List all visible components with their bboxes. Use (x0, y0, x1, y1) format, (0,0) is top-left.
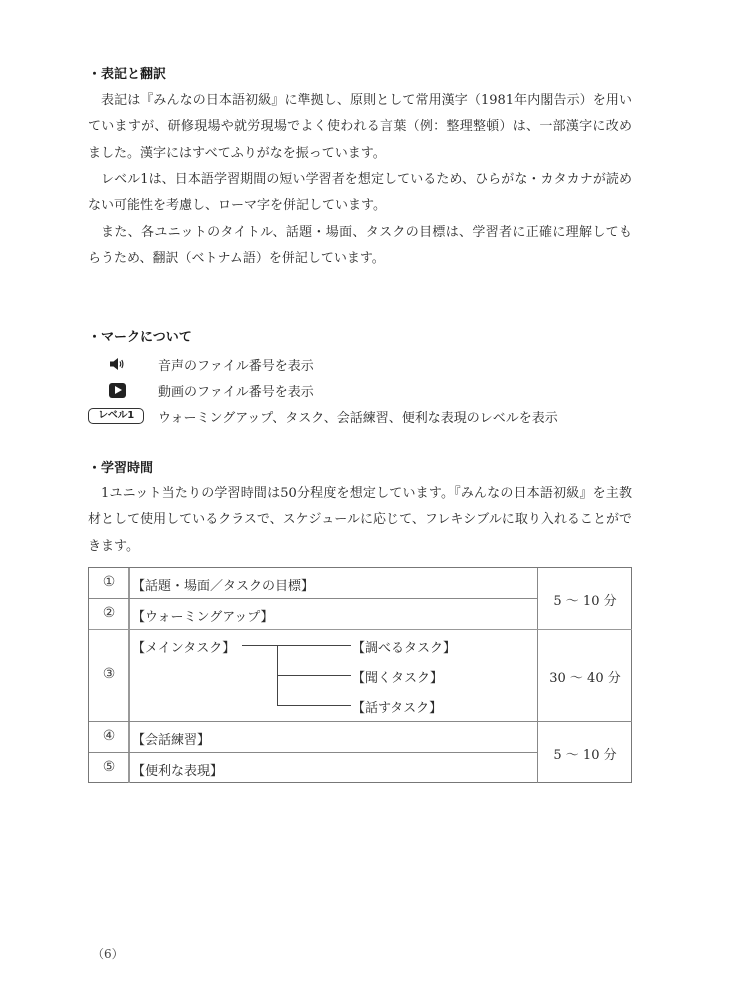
notation-paragraph-3: また、各ユニットのタイトル、話題・場面、タスクの目標は、学習者に正確に理解しても… (88, 220, 632, 273)
table-row-label: 【ウォーミングアップ】 (132, 606, 273, 625)
table-row-number: ⑤ (89, 759, 129, 775)
mark-row-audio: 音声のファイル番号を表示 (88, 354, 314, 374)
notation-paragraph-2: レベル1は、日本語学習期間の短い学習者を想定しているため、ひらがな・カタカナが読… (88, 167, 632, 220)
table-row-number: ② (89, 605, 129, 621)
connector-line (242, 645, 351, 646)
mark-label-audio: 音声のファイル番号を表示 (158, 355, 314, 374)
table-row-label: 【便利な表現】 (132, 760, 223, 779)
mark-row-video: 動画のファイル番号を表示 (88, 380, 314, 400)
subtask-label: 【調べるタスク】 (352, 637, 456, 656)
table-row-label: 【話題・場面／タスクの目標】 (132, 575, 314, 594)
play-icon-cell (88, 380, 146, 400)
page-number: （6） (92, 945, 124, 962)
study-time-paragraph: 1ユニット当たりの学習時間は50分程度を想定しています。『みんなの日本語初級』を… (88, 481, 632, 560)
table-divider (89, 629, 632, 630)
table-time: 5 〜 10 分 (538, 744, 632, 763)
schedule-table: ① 【話題・場面／タスクの目標】 ② 【ウォーミングアップ】 5 〜 10 分 … (88, 567, 632, 783)
table-time: 5 〜 10 分 (538, 590, 632, 609)
mark-label-video: 動画のファイル番号を表示 (158, 381, 314, 400)
table-divider (89, 598, 538, 599)
table-row-label: 【会話練習】 (132, 729, 210, 748)
table-row-number: ① (89, 574, 129, 590)
speaker-icon (88, 354, 146, 374)
table-row-label: 【メインタスク】 (132, 637, 235, 656)
table-row-number: ③ (89, 666, 129, 682)
connector-line (277, 705, 351, 706)
level-badge-cell: レベル1 (88, 406, 146, 426)
notation-paragraph-1: 表記は『みんなの日本語初級』に準拠し、原則として常用漢字（1981年内閣告示）を… (88, 88, 632, 167)
table-row-number: ④ (89, 728, 129, 744)
subtask-label: 【聞くタスク】 (352, 667, 443, 686)
connector-line (277, 675, 351, 676)
section-heading-notation: ・表記と翻訳 (88, 66, 166, 84)
mark-row-level: レベル1 ウォーミングアップ、タスク、会話練習、便利な表現のレベルを表示 (88, 406, 558, 426)
section-heading-marks: ・マークについて (88, 329, 192, 347)
subtask-label: 【話すタスク】 (352, 697, 442, 716)
play-icon (109, 383, 126, 398)
table-divider (89, 752, 538, 753)
section-heading-study-time: ・学習時間 (88, 460, 153, 478)
table-time: 30 〜 40 分 (538, 667, 632, 686)
table-divider (89, 721, 632, 722)
mark-label-level: ウォーミングアップ、タスク、会話練習、便利な表現のレベルを表示 (158, 407, 558, 426)
level-badge: レベル1 (88, 408, 144, 424)
